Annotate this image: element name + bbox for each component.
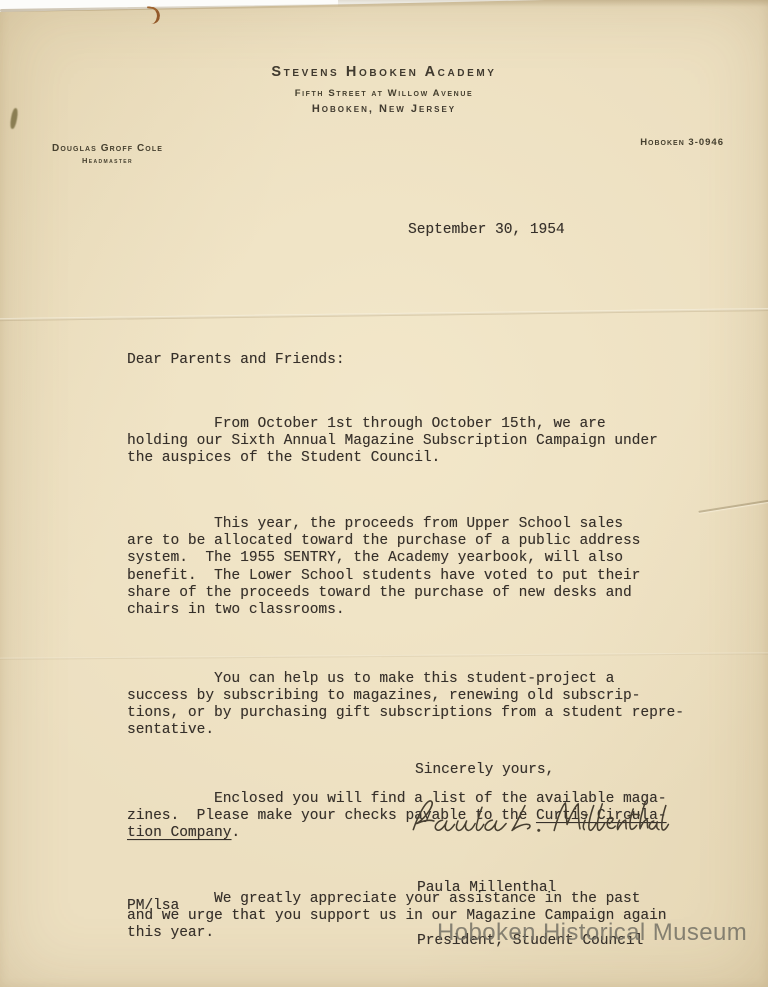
signer-name: Paula Millenthal — [417, 880, 643, 898]
paragraph-1: From October 1st through October 15th, w… — [127, 416, 727, 468]
paragraph-2: This year, the proceeds from Upper Schoo… — [127, 516, 727, 619]
museum-watermark: Hoboken Historical Museum — [437, 919, 747, 947]
school-city: Hoboken, New Jersey — [0, 103, 768, 115]
headmaster-title: Headmaster — [52, 156, 163, 165]
typed-signature-block: Paula Millenthal President, Student Coun… — [417, 845, 643, 985]
payee-name-underlined: tion Company — [127, 825, 231, 841]
handwritten-signature — [403, 786, 671, 844]
signature-strokes — [403, 786, 671, 844]
typist-reference: PM/lsa — [127, 898, 179, 914]
letter-paper: Stevens Hoboken Academy Fifth Street at … — [0, 0, 768, 987]
headmaster-block: Douglas Groff Cole Headmaster — [52, 143, 163, 165]
headmaster-name: Douglas Groff Cole — [52, 143, 163, 154]
closing-salutation: Sincerely yours, — [415, 762, 554, 778]
salutation: Dear Parents and Friends: — [127, 352, 727, 369]
letterhead: Stevens Hoboken Academy Fifth Street at … — [0, 64, 768, 115]
school-address: Fifth Street at Willow Avenue — [0, 88, 768, 99]
paragraph-3: You can help us to make this student-pro… — [127, 671, 727, 740]
school-name: Stevens Hoboken Academy — [0, 64, 768, 80]
paper-top-shading — [338, 0, 768, 7]
sentence-period: . — [231, 825, 240, 841]
letter-date: September 30, 1954 — [408, 222, 565, 238]
phone-number: Hoboken 3-0946 — [640, 137, 724, 148]
